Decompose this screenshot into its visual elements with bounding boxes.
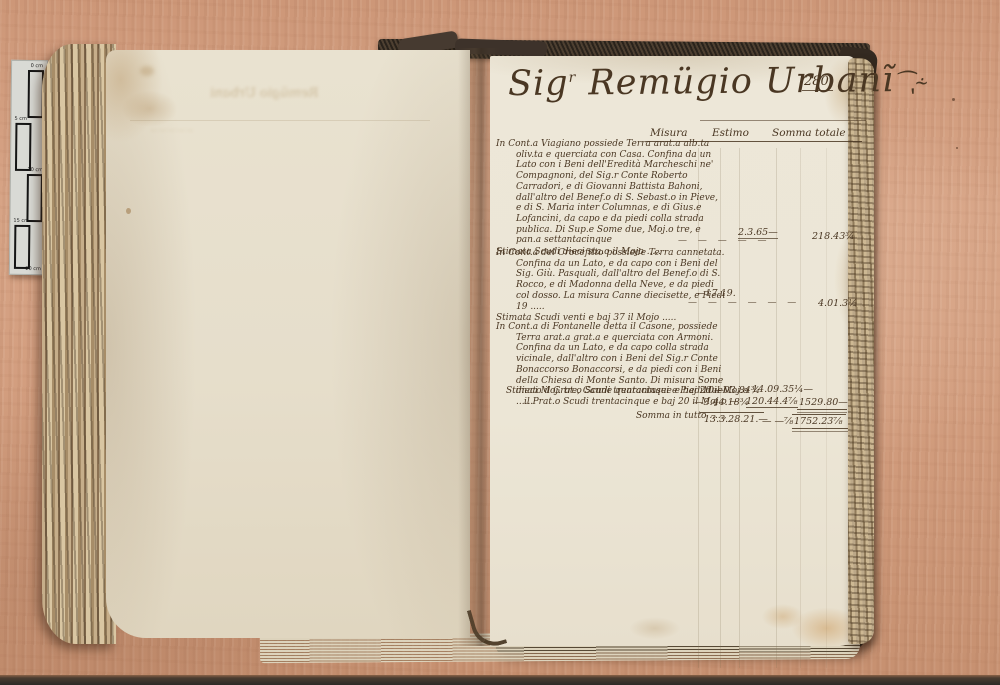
scale-segment xyxy=(26,174,43,222)
column-header-somma-totale: Somma totale xyxy=(772,127,846,139)
somma-totale-value: 1529.80— xyxy=(799,397,848,408)
ink-showthrough: ~·~·~·~·~ xyxy=(150,126,194,135)
sum-line xyxy=(700,412,764,413)
scale-label-0cm: 0 cm xyxy=(31,63,43,69)
column-rule xyxy=(800,148,801,668)
sum-line xyxy=(792,414,846,415)
estimo-value: 120.44.4⅞ xyxy=(746,396,798,408)
leader-dashes: — — — — — — xyxy=(688,298,800,308)
header-rule-top xyxy=(700,120,866,121)
ink-showthrough: Remügio Urbani xyxy=(209,86,320,101)
column-rule xyxy=(826,148,827,668)
scale-label-5cm: 5 cm xyxy=(14,116,26,122)
estimo-value: 14.09.35¼— xyxy=(752,384,813,395)
column-rule xyxy=(776,148,777,668)
wood-speck xyxy=(956,147,958,149)
heading-name: Remügio Urbanĩ xyxy=(576,60,894,103)
ledger-entry: In Cont.a del Crocefitto possiede Terra … xyxy=(496,248,730,324)
heading-flourish: ⁀⹁⸞ xyxy=(894,72,924,97)
somma-totale-value: 218.43¾ xyxy=(812,231,854,242)
sum-line xyxy=(792,431,848,432)
left-page-blank: Remügio Urbani ~·~·~·~·~ xyxy=(106,50,470,638)
stain xyxy=(140,66,154,76)
column-rule xyxy=(739,148,740,668)
right-fore-edge xyxy=(848,58,874,644)
scale-label-20cm: 20 cm xyxy=(25,266,41,272)
column-header-estimo: Estimo xyxy=(712,127,749,139)
somma-misura-value: 13.3.28.21.— xyxy=(704,414,768,425)
leader-dashes: — — — — — xyxy=(678,236,770,246)
somma-totale-value: 4.01.3½ xyxy=(818,298,857,309)
folio-number: 280 xyxy=(802,74,833,91)
sum-line xyxy=(792,428,848,429)
scale-segment xyxy=(14,225,30,269)
somma-grand-total: 1752.23⅞ xyxy=(794,416,843,427)
sum-line xyxy=(797,409,847,410)
misura-value: —3.44.18¾ xyxy=(694,397,749,408)
page-heading: Sigr Remügio Urbanĩ⁀⹁⸞ xyxy=(508,60,924,104)
column-header-misura: Misura xyxy=(650,127,688,139)
scale-label-10cm: 10 cm xyxy=(27,167,43,173)
wood-speck xyxy=(952,98,955,101)
somma-dashes: — —⅞ xyxy=(762,416,793,427)
scale-segment xyxy=(15,123,32,171)
scale-label-15cm: 15 cm xyxy=(13,218,29,224)
table-edge xyxy=(0,675,1000,685)
heading-abbreviation: Sig xyxy=(508,64,569,105)
faint-rule xyxy=(130,120,430,121)
turned-pages-edge-block xyxy=(42,44,116,644)
stain xyxy=(126,208,131,214)
photo-scene: 0 cm 5 cm 10 cm 15 cm 20 cm Remügio Urba… xyxy=(0,0,1000,685)
entry-text: In Cont.a Viagiano possiede Terra arat.a… xyxy=(496,139,726,246)
sum-line xyxy=(797,412,847,413)
